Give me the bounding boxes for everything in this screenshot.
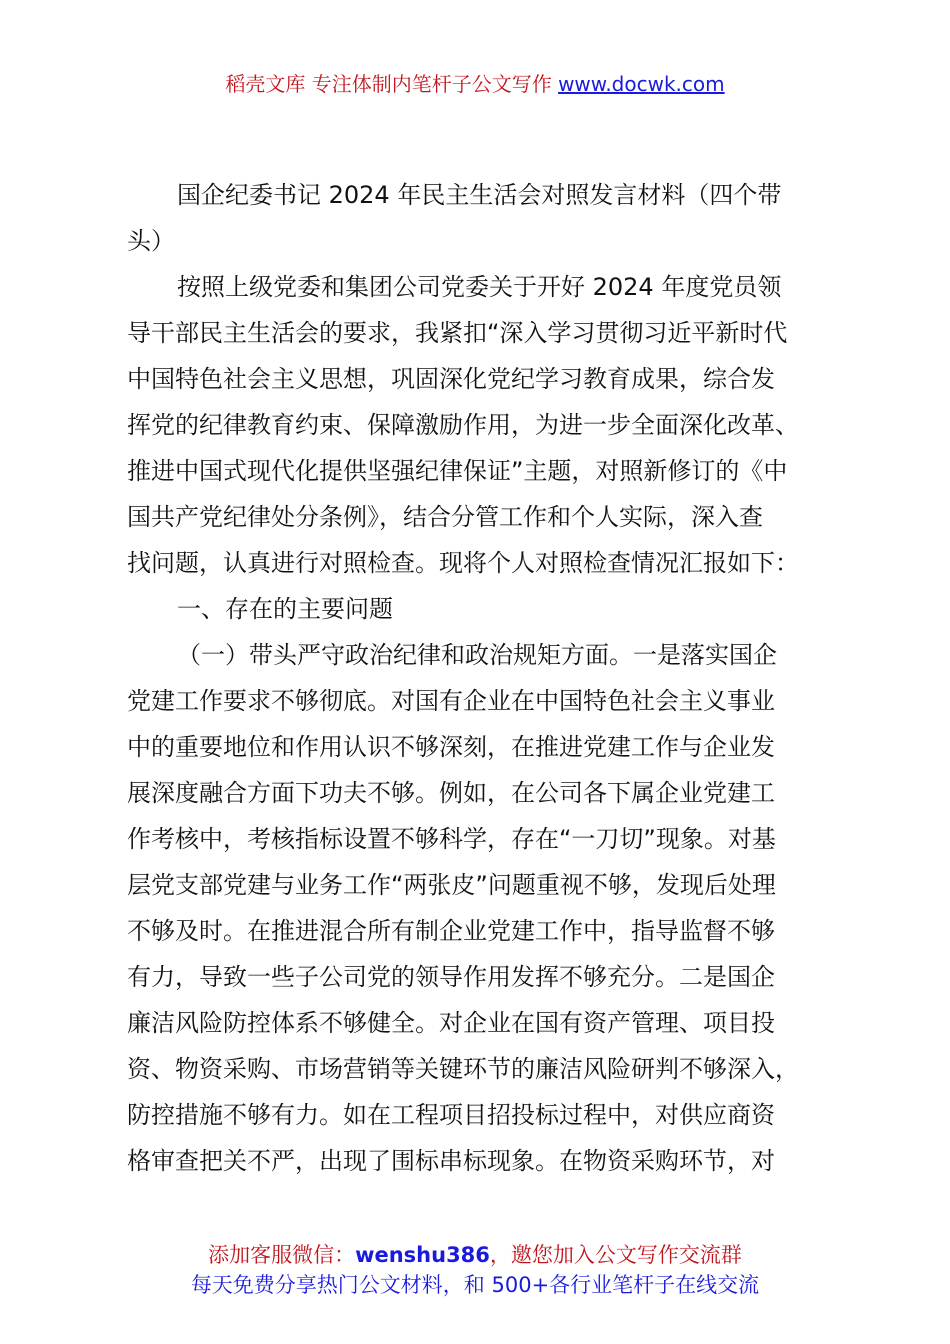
brand-slogan: 稻壳文库 专注体制内笔杆子公文写作 <box>225 72 558 96</box>
watermark-header: 稻壳文库 专注体制内笔杆子公文写作 www.docwk.com <box>0 68 950 100</box>
paragraph-line: 作考核中，考核指标设置不够科学，存在“一刀切”现象。对基 <box>127 816 837 862</box>
wechat-prompt: 添加客服微信： <box>208 1243 355 1267</box>
watermark-footer: 添加客服微信：wenshu386，邀您加入公文写作交流群 每天免费分享热门公文材… <box>0 1240 950 1300</box>
paragraph-line: 不够及时。在推进混合所有制企业党建工作中，指导监督不够 <box>127 908 837 954</box>
paragraph-line: 挥党的纪律教育约束、保障激励作用，为进一步全面深化改革、 <box>127 402 837 448</box>
paragraph-line: 按照上级党委和集团公司党委关于开好 2024 年度党员领 <box>127 264 837 310</box>
paragraph-line: 找问题，认真进行对照检查。现将个人对照检查情况汇报如下： <box>127 540 837 586</box>
paragraph-line: 展深度融合方面下功夫不够。例如，在公司各下属企业党建工 <box>127 770 837 816</box>
footer-line-wechat: 添加客服微信：wenshu386，邀您加入公文写作交流群 <box>0 1240 950 1270</box>
website-link[interactable]: www.docwk.com <box>558 72 725 96</box>
document-title: 国企纪委书记 2024 年民主生活会对照发言材料（四个带 头） <box>127 172 837 264</box>
paragraph-line: 格审查把关不严，出现了围标串标现象。在物资采购环节，对 <box>127 1138 837 1184</box>
wechat-invite: ，邀您加入公文写作交流群 <box>490 1243 742 1267</box>
paragraph-line: 层党支部党建与业务工作“两张皮”问题重视不够，发现后处理 <box>127 862 837 908</box>
paragraph-line: 防控措施不够有力。如在工程项目招投标过程中，对供应商资 <box>127 1092 837 1138</box>
document-body: 国企纪委书记 2024 年民主生活会对照发言材料（四个带 头） 按照上级党委和集… <box>127 172 837 1184</box>
title-line: 头） <box>127 218 837 264</box>
intro-paragraph: 按照上级党委和集团公司党委关于开好 2024 年度党员领 导干部民主生活会的要求… <box>127 264 837 586</box>
paragraph-line: 推进中国式现代化提供坚强纪律保证”主题，对照新修订的《中 <box>127 448 837 494</box>
paragraph-line: 中国特色社会主义思想，巩固深化党纪学习教育成果，综合发 <box>127 356 837 402</box>
paragraph-line: 导干部民主生活会的要求，我紧扣“深入学习贯彻习近平新时代 <box>127 310 837 356</box>
body-paragraph: （一）带头严守政治纪律和政治规矩方面。一是落实国企 党建工作要求不够彻底。对国有… <box>127 632 837 1184</box>
paragraph-line: 国共产党纪律处分条例》，结合分管工作和个人实际，深入查 <box>127 494 837 540</box>
wechat-id: wenshu386 <box>355 1243 490 1267</box>
paragraph-line: 廉洁风险防控体系不够健全。对企业在国有资产管理、项目投 <box>127 1000 837 1046</box>
paragraph-line: 资、物资采购、市场营销等关键环节的廉洁风险研判不够深入， <box>127 1046 837 1092</box>
paragraph-line: 中的重要地位和作用认识不够深刻，在推进党建工作与企业发 <box>127 724 837 770</box>
paragraph-line: 党建工作要求不够彻底。对国有企业在中国特色社会主义事业 <box>127 678 837 724</box>
title-line: 国企纪委书记 2024 年民主生活会对照发言材料（四个带 <box>127 172 837 218</box>
section-heading: 一、存在的主要问题 <box>127 586 837 632</box>
footer-line-promo: 每天免费分享热门公文材料，和 500+各行业笔杆子在线交流 <box>0 1270 950 1300</box>
paragraph-line: （一）带头严守政治纪律和政治规矩方面。一是落实国企 <box>127 632 837 678</box>
paragraph-line: 有力，导致一些子公司党的领导作用发挥不够充分。二是国企 <box>127 954 837 1000</box>
